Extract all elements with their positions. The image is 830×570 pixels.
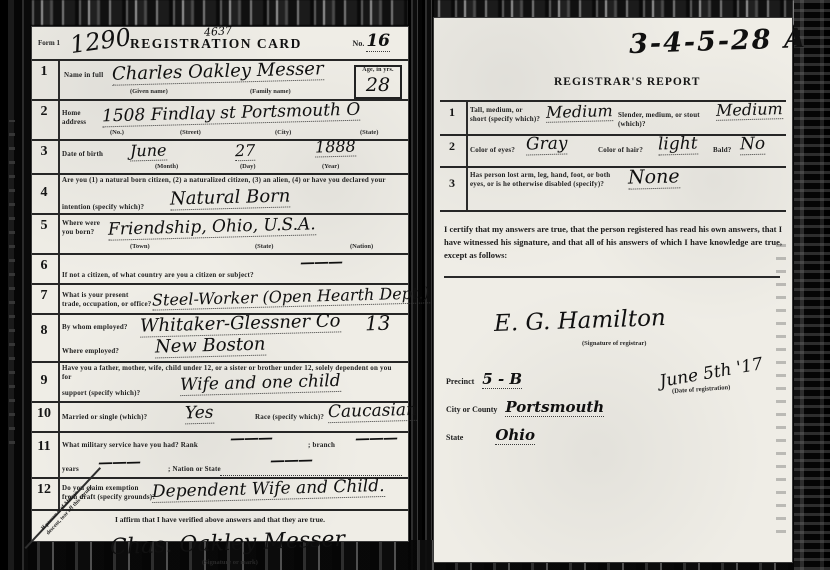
q4-label2: intention (specify which)? xyxy=(62,203,144,212)
q10-race-value: Caucasian xyxy=(328,400,418,423)
r2-color-row: 2 Color of eyes? Gray Color of hair? lig… xyxy=(440,134,786,166)
q2-sub-street: (Street) xyxy=(180,129,201,136)
q1-sub-given: (Given name) xyxy=(130,88,168,95)
q3-sub-year: (Year) xyxy=(322,163,339,170)
q10-number: 10 xyxy=(34,406,54,422)
q1-name-row: 1 Name in full Charles Oakley Messer (Gi… xyxy=(32,59,408,99)
q10-label2: Race (specify which)? xyxy=(255,413,324,422)
q9-label2: support (specify which)? xyxy=(62,389,140,398)
state-label: State xyxy=(446,433,463,442)
city-county-field: City or County Portsmouth xyxy=(446,398,604,417)
registrar-signature: E. G. Hamilton xyxy=(494,305,667,337)
handwritten-precinct-serial: 3-4-5-28 A xyxy=(629,23,808,60)
precinct-label: Precinct xyxy=(446,377,474,386)
q7-label: What is your present xyxy=(62,291,129,300)
microfilm-scan: Form 1 1290 4637 REGISTRATION CARD No. 1… xyxy=(0,0,830,570)
r3-number: 3 xyxy=(442,176,462,191)
q8-employer-row: 8 By whom employed? Whitaker-Glessner Co… xyxy=(32,313,408,361)
q3-sub-day: (Day) xyxy=(240,163,256,170)
q6-dash-value: ——— xyxy=(300,252,342,271)
q4-label: Are you (1) a natural born citizen, (2) … xyxy=(62,176,402,185)
q2-address-row: 2 Home address 1508 Findlay st Portsmout… xyxy=(32,99,408,139)
q5-sub-town: (Town) xyxy=(130,243,150,250)
q7-label2: trade, occupation, or office? xyxy=(62,300,151,309)
registrar-signature-sublabel: (Signature of registrar) xyxy=(582,340,646,347)
q10-married-race-row: 10 Married or single (which)? Yes Race (… xyxy=(32,401,408,431)
r1-build-value: Medium xyxy=(716,99,783,121)
q4-number: 4 xyxy=(34,185,54,201)
r2-label2: Color of hair? xyxy=(598,146,643,155)
q2-label: Home address xyxy=(62,109,98,127)
age-box: Age, in yrs. 28 xyxy=(354,65,402,99)
q12-number: 12 xyxy=(34,482,54,498)
q5-label2: you born? xyxy=(62,228,94,237)
q11-rank-dash: ——— xyxy=(230,428,272,447)
affirmation-statement: I affirm that I have verified above answ… xyxy=(32,509,408,529)
registrar-certification-text: I certify that my answers are true, that… xyxy=(444,223,782,263)
q11-years-dash: ——— xyxy=(98,452,140,471)
q2-sub-state: (State) xyxy=(360,129,378,136)
registrar-report-title: REGISTRAR'S REPORT xyxy=(554,76,700,88)
r2-hair-value: light xyxy=(658,133,698,155)
signature-sublabel: (Signature or mark) xyxy=(202,559,258,566)
q5-sub-nation: (Nation) xyxy=(350,243,373,250)
q3-number: 3 xyxy=(34,144,54,160)
city-county-value: Portsmouth xyxy=(505,398,604,417)
age-value: 28 xyxy=(366,74,390,96)
q9-number: 9 xyxy=(34,373,54,389)
film-bleed-through-marks xyxy=(776,238,786,538)
q8-number: 8 xyxy=(34,323,54,339)
q5-label: Where were xyxy=(62,219,100,228)
q8-extra-number: 13 xyxy=(365,311,391,336)
q8-label1: By whom employed? xyxy=(62,323,128,332)
registrant-signature: Chas. Oakley Messer xyxy=(110,527,346,560)
card-no-field: No. 16 xyxy=(353,31,390,51)
state-field: State Ohio xyxy=(446,426,535,445)
registration-card-front: Form 1 1290 4637 REGISTRATION CARD No. 1… xyxy=(32,27,408,541)
state-value: Ohio xyxy=(495,426,535,445)
q5-number: 5 xyxy=(34,218,54,234)
r1-label1b: short (specify which)? xyxy=(470,115,540,124)
q3-day-value: 27 xyxy=(235,141,256,162)
city-county-label: City or County xyxy=(446,405,497,414)
q3-sub-month: (Month) xyxy=(155,163,178,170)
r3-disability-value: None xyxy=(628,165,680,189)
q6-number: 6 xyxy=(34,258,54,274)
registrant-signature-block: Chas. Oakley Messer (Signature or mark) xyxy=(32,529,408,570)
q11-military-row: 11 What military service have you had? R… xyxy=(32,431,408,477)
q11-label4: ; Nation or State xyxy=(168,465,221,474)
r3-disability-row: 3 Has person lost arm, leg, hand, foot, … xyxy=(440,166,786,212)
no-value-handwritten: 16 xyxy=(366,31,390,52)
q2-sub-city: (City) xyxy=(275,129,291,136)
q7-occupation-row: 7 What is your present trade, occupation… xyxy=(32,283,408,313)
handwritten-serial-number: 1290 xyxy=(68,23,132,59)
q5-birthplace-value: Friendship, Ohio, U.S.A. xyxy=(108,214,316,240)
q9-dependents-value: Wife and one child xyxy=(180,371,341,396)
q5-birthplace-row: 5 Where were you born? Friendship, Ohio,… xyxy=(32,213,408,253)
r1-height-value: Medium xyxy=(546,101,613,123)
r2-label1: Color of eyes? xyxy=(470,146,515,155)
r2-eyes-value: Gray xyxy=(526,133,568,155)
card-header: Form 1 1290 4637 REGISTRATION CARD No. 1… xyxy=(32,27,408,59)
q3-month-value: June xyxy=(130,141,167,162)
q6-label: If not a citizen, of what country are yo… xyxy=(62,271,254,280)
q2-sub-no: (No.) xyxy=(110,129,124,136)
precinct-field: Precinct 5 - B xyxy=(446,370,522,389)
form-number-label: Form 1 xyxy=(38,39,60,47)
q11-label1: What military service have you had? Rank xyxy=(62,441,198,450)
q11-branch-dash: ——— xyxy=(355,428,397,447)
q9-dependents-row: 9 Have you a father, mother, wife, child… xyxy=(32,361,408,401)
q6-alien-row: 6 If not a citizen, of what country are … xyxy=(32,253,408,283)
r1-label1: Tall, medium, or xyxy=(470,106,523,115)
r2-bald-value: No xyxy=(740,134,766,156)
q1-sub-family: (Family name) xyxy=(250,88,291,95)
q3-birthdate-row: 3 Date of birth June 27 1888 (Month) (Da… xyxy=(32,139,408,173)
q10-label1: Married or single (which)? xyxy=(62,413,147,422)
precinct-value: 5 - B xyxy=(482,370,522,389)
q4-citizenship-value: Natural Born xyxy=(170,185,291,210)
q2-number: 2 xyxy=(34,104,54,120)
r2-number: 2 xyxy=(442,139,462,154)
q8-label2: Where employed? xyxy=(62,347,119,356)
film-edge-vertical-marks xyxy=(9,120,15,450)
q5-sub-state: (State) xyxy=(255,243,273,250)
r1-build-row: 1 Tall, medium, or short (specify which)… xyxy=(440,100,786,134)
q11-nation-dash: ——— xyxy=(270,450,312,469)
q2-address-value: 1508 Findlay st Portsmouth O xyxy=(102,100,361,128)
q1-name-value: Charles Oakley Messer xyxy=(112,58,324,86)
exception-blank-line xyxy=(444,276,780,278)
r1-label2: Slender, medium, or stout (which)? xyxy=(618,111,713,129)
q12-exemption-value: Dependent Wife and Child. xyxy=(152,476,385,503)
q3-label: Date of birth xyxy=(62,150,103,159)
q1-label: Name in full xyxy=(64,71,103,80)
q10-married-value: Yes xyxy=(185,403,214,425)
film-edge-right xyxy=(794,0,830,570)
r3-label2: eyes, or is he otherwise disabled (speci… xyxy=(470,180,604,189)
r3-label: Has person lost arm, leg, hand, foot, or… xyxy=(470,171,610,180)
q7-occupation-value: Steel-Worker (Open Hearth Dept.) xyxy=(152,283,430,310)
q11-number: 11 xyxy=(34,439,54,455)
card-title: REGISTRATION CARD xyxy=(130,36,302,52)
q1-number: 1 xyxy=(34,64,54,80)
q4-citizenship-row: 4 Are you (1) a natural born citizen, (2… xyxy=(32,173,408,213)
r1-number: 1 xyxy=(442,105,462,120)
q3-year-value: 1888 xyxy=(315,136,356,157)
q7-number: 7 xyxy=(34,288,54,304)
q11-label3: years xyxy=(62,465,79,474)
r2-label3: Bald? xyxy=(713,146,732,155)
q11-label2: ; branch xyxy=(308,441,335,450)
registrar-report-card: 3-4-5-28 A REGISTRAR'S REPORT 1 Tall, me… xyxy=(434,18,792,562)
film-edge-left xyxy=(0,0,30,570)
no-label: No. xyxy=(353,39,365,48)
q8-workplace-value: New Boston xyxy=(155,334,266,359)
